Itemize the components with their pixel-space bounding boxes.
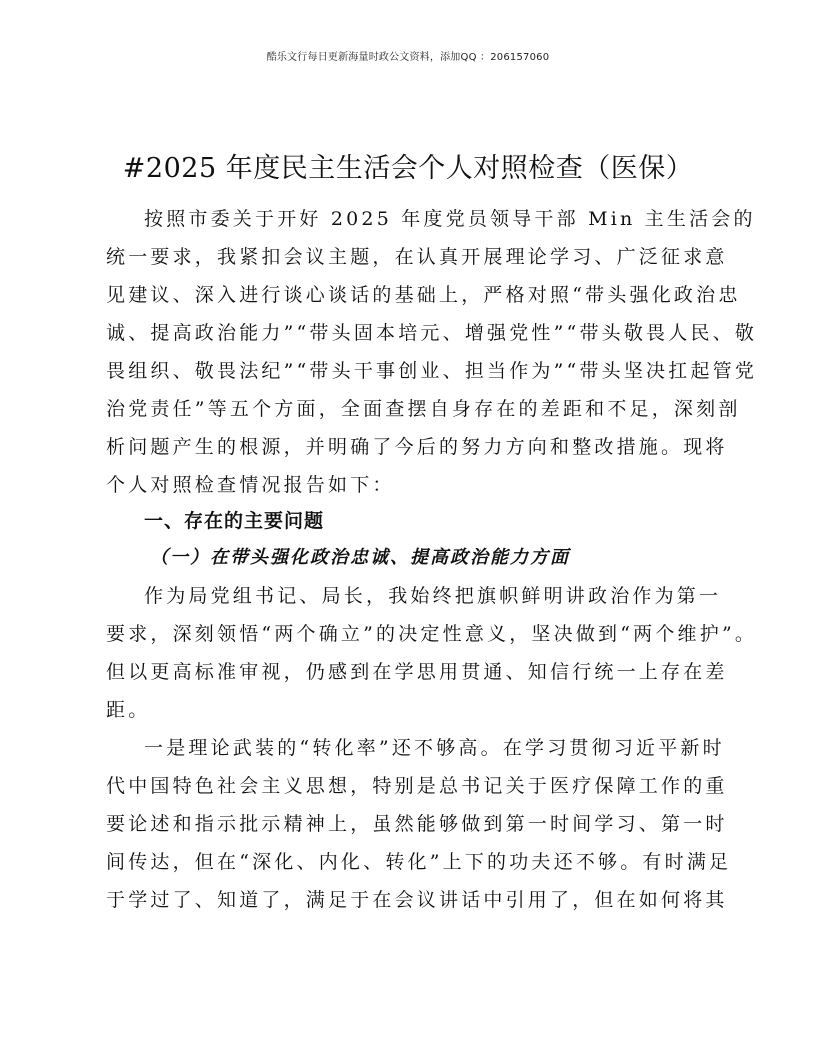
paragraph-line: 个人对照检查情况报告如下： xyxy=(106,470,395,500)
paragraph-line: 代中国特色社会主义思想，特别是总书记关于医疗保障工作的重 xyxy=(106,771,728,801)
paragraph-line: 但以更高标准审视，仍感到在学思用贯通、知信行统一上存在差 xyxy=(106,657,728,687)
document-title: #2025 年度民主生活会个人对照检查（医保） xyxy=(0,146,816,185)
paragraph-line: 按照市委关于开好 2025 年度党员领导干部 Min 主生活会的 xyxy=(144,204,756,234)
paragraph-line: 治党责任”等五个方面，全面查摆自身存在的差距和不足，深刻剖 xyxy=(106,394,741,424)
paragraph-line: 间传达，但在“深化、内化、转化”上下的功夫还不够。有时满足 xyxy=(106,847,731,877)
paragraph-line: 距。 xyxy=(106,695,150,725)
header-note: 酷乐文行每日更新海量时政公文资料，添加QQ ：206157060 xyxy=(0,48,816,63)
paragraph-line: 于学过了、知道了，满足于在会议讲话中引用了，但在如何将其 xyxy=(106,885,728,915)
subsection-heading: （一）在带头强化政治忠诚、提高政治能力方面 xyxy=(150,543,570,573)
paragraph-line: 统一要求，我紧扣会议主题，在认真开展理论学习、广泛征求意 xyxy=(106,242,728,272)
section-heading: 一、存在的主要问题 xyxy=(144,506,324,536)
paragraph-line: 诚、提高政治能力”“带头固本培元、增强党性”“带头敬畏人民、敬 xyxy=(106,318,757,348)
paragraph-line: 一是理论武装的“转化率”还不够高。在学习贯彻习近平新时 xyxy=(144,733,725,763)
paragraph-line: 作为局党组书记、局长，我始终把旗帜鲜明讲政治作为第一 xyxy=(144,581,721,611)
paragraph-line: 见建议、深入进行谈心谈话的基础上，严格对照“带头强化政治忠 xyxy=(106,280,741,310)
paragraph-line: 要论述和指示批示精神上，虽然能够做到第一时间学习、第一时 xyxy=(106,809,728,839)
paragraph-line: 析问题产生的根源，并明确了今后的努力方向和整改措施。现将 xyxy=(106,432,728,462)
paragraph-line: 要求，深刻领悟“两个确立”的决定性意义，坚决做到“两个维护”。 xyxy=(106,619,757,649)
paragraph-line: 畏组织、敬畏法纪”“带头干事创业、担当作为”“带头坚决扛起管党 xyxy=(106,356,757,386)
